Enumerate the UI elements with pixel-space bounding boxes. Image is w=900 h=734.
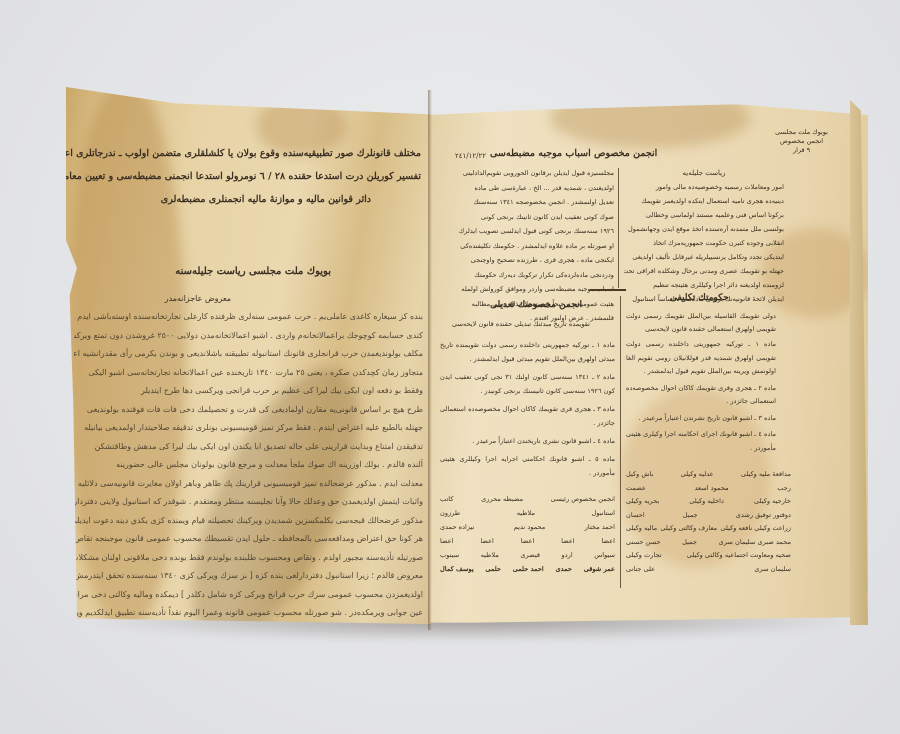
signature-cell: طرزون <box>440 506 460 520</box>
body-line: اولديغمزدن محسوب عمومى سزك حرب قرانج وير… <box>74 586 423 605</box>
minister-cell: سليمان سرى <box>754 563 791 577</box>
heading: رياست جليله‌يه <box>624 166 784 180</box>
article: ماده ١ ـ توركيه جمهوريتى داخلنده رسمى دو… <box>440 338 615 366</box>
column-divider <box>620 296 621 588</box>
minister-row: خارجيه وكيلى داخليه وكيلى بحريه وكيلى <box>626 495 791 509</box>
signature-cell: سيواس <box>594 548 615 562</box>
minister-cell: دوقتور توفيق رشدى <box>736 509 791 523</box>
minister-cell: حسن حسنى <box>626 536 661 550</box>
minister-cell: تجارت وكيلى <box>626 549 662 563</box>
right-page: ٢٤١/١٢/٢٢ بويوك ملت مجلسى انجمن مخصوص ٩ … <box>430 88 868 628</box>
minister-row: رجب محمود اسعد عصمت <box>626 482 791 496</box>
signature-row: عمر شوقى حمدى احمد حلمى حلمى يوسف كمال <box>440 562 615 576</box>
article: ماده ٢ ـ ١٣٤١ سنه‌سى كانون اولنك ٣١ نجى … <box>440 370 615 398</box>
text-line: ١٩٢٦ سنه‌سنك برنجى كونى قبول ايدلسى تصوي… <box>440 224 614 239</box>
minister-cell: رجب <box>777 482 791 496</box>
minister-cell: صحيه ومعاونت اجتماعيه وكالتى وكيلى <box>687 549 791 563</box>
article: ماده ١ ـ توركيه جمهوريتى داخلنده رسمى دو… <box>626 338 776 379</box>
article: ماده ٣ ـ هجرى قرى تقويمك كاكان احوال مخص… <box>440 402 615 430</box>
signature-cell: ملاطيه <box>481 548 499 562</box>
minister-cell: احسان <box>626 509 645 523</box>
signature-cell: حلمى <box>485 562 501 576</box>
text-line: او صورتله بر ماده علاوه ايدلمشدر . حكومت… <box>440 239 614 254</box>
section2-articles: ماده ١ ـ توركيه جمهوريتى داخلنده رسمى دو… <box>440 338 615 484</box>
signature-row: استانبول ملاطيه طرزون <box>440 506 615 520</box>
left-page: مختلف قانونلرك صور تطبيقيه‌سنده وقوع بول… <box>66 76 431 624</box>
subtitle: بويوك ملت مجلسى رياست جليله‌سنه <box>175 266 331 277</box>
text-line: امور ومعاملات رسميه وخصوصيه‌ده مالى وامو… <box>624 180 784 194</box>
text-line: صوك كوتى تعقيب ايدن كانون ثانينك برنجى ك… <box>440 210 614 225</box>
signature-cell: محمود نديم <box>514 520 546 534</box>
stamp-line: انجمن مخصوص <box>775 137 828 146</box>
article: ماده ٤ ـ اشبو قانون نشرى تاريخندن اعتبار… <box>440 434 615 448</box>
minister-row: محمد صبرى سليمان سرى جميل حسن حسنى <box>626 536 791 550</box>
signature-cell: اعضا <box>521 534 535 548</box>
section3-intro: دولى تقويمك القاسيله بين‌الملل تقويمك رس… <box>626 310 776 336</box>
signature-cell: اعضا <box>440 534 454 548</box>
minister-cell: مدافعهٔ مليه وكيلى <box>741 468 791 482</box>
minister-row: زراعت وكيلى نافعه وكيلى معارف وكالتى وكي… <box>626 522 791 536</box>
text-line: اولديغندن ، شمديه‌ قدر ... الخ ، عبارة‌س… <box>440 181 614 196</box>
minister-cell: داخليه وكيلى <box>689 495 724 509</box>
text-line: ايتديكى تجدد وتكامل پرنسيپلريله غيرقابل … <box>624 250 784 264</box>
body-line: طرح هيچ بر اساس قانونى‌يه مقارن اولماديغ… <box>74 401 423 420</box>
text-line: اسباب موجبه مضبطه‌سى واردر وموافق كورولش… <box>440 282 614 297</box>
signature-cell: عمر شوقى <box>584 562 615 576</box>
text-line: ايكنجى ماده ، هجرى قرى ، طرزنده تصحيح وا… <box>440 253 614 268</box>
signature-cell: حمدى <box>555 562 572 576</box>
signature-row: احمد مختار محمود نديم نيزاده حمدى <box>440 520 615 534</box>
signature-cell: اردو <box>562 548 573 562</box>
minister-cell: محمود اسعد <box>695 482 729 496</box>
signature-cell: كاتب <box>440 492 453 506</box>
minister-cell: خارجيه وكيلى <box>754 495 791 509</box>
minister-signatures: مدافعهٔ مليه وكيلى عدليه وكيلى باش وكيل … <box>626 468 791 576</box>
signature-cell: سينوب <box>440 548 459 562</box>
minister-cell: زراعت وكيلى نافعه وكيلى <box>720 522 791 536</box>
text-line: مجلسنيزه قبول ايديلن برقانون الحوروبى تق… <box>440 166 614 181</box>
text-line: انقلابى وجوده كتيرن حكومت جمهوريه‌مزك ات… <box>624 236 784 250</box>
signature-cell: احمد مختار <box>585 520 615 534</box>
signature-cell: اعضا <box>561 534 575 548</box>
section2-intro: تقويمده تاريخ مبدئنك تبديلى حقنده قانون … <box>452 320 590 328</box>
body-line: بنده كز سيغاره كاغدى عاملى‌يم . حرب عموم… <box>74 308 423 327</box>
minister-cell: جميل <box>683 509 698 523</box>
salutation: معروض عاجزانه‌مدر <box>165 294 231 303</box>
document-date: ٢٤١/١٢/٢٢ <box>455 152 486 160</box>
text-line: دينيه‌ده هجرى تاميه استعمال ايتكده اولدي… <box>624 194 784 208</box>
body-line: مذكور عرضحالك قبجه‌سى بكلمكسزين شمديدن و… <box>74 512 423 531</box>
signature-cell: ملاطيه <box>517 506 535 520</box>
body-line: تدقيقدن امتناع وبدايت قرارينى على حاله ت… <box>74 438 423 457</box>
minister-row: صحيه ومعاونت اجتماعيه وكالتى وكيلى تجارت… <box>626 549 791 563</box>
header-line-1: مختلف قانونلرك صور تطبيقيه‌سنده وقوع بول… <box>66 148 421 159</box>
stamp-line: ٩ قرار <box>775 146 828 155</box>
minister-cell: عصمت <box>626 482 646 496</box>
body-line: معروض قالدم ؛ زيرا استانبول دفتردارلغى ب… <box>74 567 423 586</box>
corner-stamp: بويوك ملت مجلسى انجمن مخصوص ٩ قرار <box>775 128 828 155</box>
text-line: بركونا اساس فنى وعلميه مستند اولماسى وخط… <box>624 208 784 222</box>
section3-articles: ماده ١ ـ توركيه جمهوريتى داخلنده رسمى دو… <box>626 338 776 458</box>
book-spine <box>428 90 432 630</box>
ornament-divider <box>590 289 626 291</box>
text-line: جهتله بو تقويمك عصرى ومدنى برحال وشكلده … <box>624 264 784 278</box>
article: ماده ٣ ـ اشبو قانون تاريخ نشرندن اعتبارا… <box>626 412 776 426</box>
minister-cell: على جنانى <box>626 563 655 577</box>
minister-cell: ماليه وكيلى <box>626 522 657 536</box>
body-line: معدلت ايدم . مذكور عرضحالده تميز قوميسيو… <box>74 475 423 494</box>
minister-cell: جميل <box>682 536 697 550</box>
signature-cell: اعضا <box>602 534 616 548</box>
signature-cell: اعضا <box>480 534 494 548</box>
text-line: لزومنده اولديغنه دائر اجرا وكيللرى هئيتج… <box>624 278 784 292</box>
body-line: جهتله بالطبع عليه اعتراض ايتدم . فقط مرك… <box>74 419 423 438</box>
article: ماده ٥ ـ اشبو قانونك احكامنى اجرايه اجرا… <box>440 452 615 480</box>
signature-row: اعضا اعضا اعضا اعضا اعضا <box>440 534 615 548</box>
signature-cell: نيزاده حمدى <box>440 520 474 534</box>
body-line: هر كونا حق اعتراض ومدافعه‌سى بالمحافظه ـ… <box>74 530 423 549</box>
section1-right-column: رياست جليله‌يه امور ومعاملات رسميه وخصوص… <box>624 166 784 306</box>
section2-title: انجمن مخصوصك تعديلى <box>490 300 582 310</box>
minister-cell: محمد صبرى سليمان سرى <box>719 536 791 550</box>
header-line-3: دائر قوانين ماليه و موازنهٔ ماليه انجمنل… <box>161 194 371 205</box>
text-line: تعديل اولنمشدر . انجمن مخصوصجه ١٣٤١ سنه‌… <box>440 195 614 210</box>
body-line: مكلف بولونديغمدن حرب قرانجلرى قانونك است… <box>74 345 423 364</box>
signature-cell: مضبطه محررى <box>481 492 523 506</box>
minister-row: سليمان سرى على جنانى <box>626 563 791 577</box>
text-line: بولنسى ملل متمدنه آره‌سنده اتخذ موقع ايد… <box>624 222 784 236</box>
minister-cell: باش وكيل <box>626 468 653 482</box>
body-line: كندى حسابمه كوچوجك براعمالاتخانه‌م واردى… <box>74 327 423 346</box>
body-line: صورتيله تأديه‌سنه مجبور اولدم . وتقاص وم… <box>74 549 423 568</box>
signature-cell: قيصرى <box>520 548 540 562</box>
article: ماده ٢ ـ هجرى وقرى تقويمك كاكان احوال مخ… <box>626 382 776 409</box>
section3-title: حكومتك تكليفى <box>670 293 729 303</box>
section1-title: انجمن مخصوص اسباب موجبه مضبطه‌سى <box>490 148 657 159</box>
text-line: ودردنجى ماده‌لرده‌كى تكرار تركوبك ديه‌رك… <box>440 268 614 283</box>
body-line: وفقط بو دفعه اون ايكى بيك ليرا كى عظيم ب… <box>74 382 423 401</box>
header-line-2: تفسير كوريلن درت استدعا حقنده ٢٨ / ٦ نوم… <box>66 171 421 182</box>
stamp-line: بويوك ملت مجلسى <box>775 128 828 137</box>
minister-cell: معارف وكالتى وكيلى <box>660 522 717 536</box>
body-line: آلنده قالدم . بولك اوزرينه اك صوك ملجأ م… <box>74 456 423 475</box>
minister-row: مدافعهٔ مليه وكيلى عدليه وكيلى باش وكيل <box>626 468 791 482</box>
minister-row: دوقتور توفيق رشدى جميل احسان <box>626 509 791 523</box>
signature-cell: استانبول <box>592 506 615 520</box>
signature-cell: احمد حلمى <box>513 562 544 576</box>
column-divider <box>618 168 619 288</box>
minister-cell: عدليه وكيلى <box>681 468 714 482</box>
left-body: بنده كز سيغاره كاغدى عاملى‌يم . حرب عموم… <box>74 308 423 624</box>
signature-block: انجمن مخصوص رئيسى مضبطه محررى كاتب استان… <box>440 492 615 576</box>
article: ماده ٤ ـ اشبو قانونك اجراى احكامنه اجرا … <box>626 428 776 455</box>
signature-row: انجمن مخصوص رئيسى مضبطه محررى كاتب <box>440 492 615 506</box>
body-line: واثبات ايتمش اولديغمدن حق وعدلك حالا وآن… <box>74 493 423 512</box>
signature-cell: يوسف كمال <box>440 562 474 576</box>
body-line: متجاوز زمان كچدكدن صكره ، يعنى ٢٥ مارت ١… <box>74 364 423 383</box>
signature-row: سيواس اردو قيصرى ملاطيه سينوب <box>440 548 615 562</box>
minister-cell: بحريه وكيلى <box>626 495 659 509</box>
signature-cell: انجمن مخصوص رئيسى <box>551 492 615 506</box>
